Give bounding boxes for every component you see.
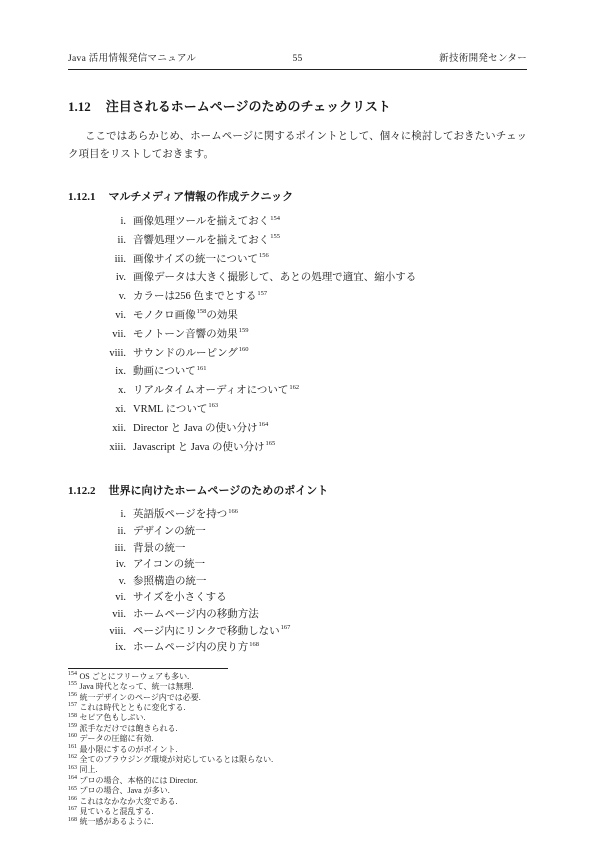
footnote-text: 同上. bbox=[80, 765, 98, 774]
list-item-marker: vi. bbox=[68, 590, 133, 607]
list-item-text-pre: リアルタイムオーディオについて bbox=[133, 385, 288, 396]
multimedia-checklist: i.画像処理ツールを揃えておく154 ii.音響処理ツールを揃えておく155 i… bbox=[68, 213, 527, 457]
subsection-title: マルチメディア情報の作成テクニック bbox=[109, 188, 294, 204]
list-item-marker: iii. bbox=[68, 541, 133, 558]
list-item-text-pre: Javascript と Java の使い分け bbox=[133, 442, 265, 453]
section-heading: 1.12 注目されるホームページのためのチェックリスト bbox=[68, 96, 527, 115]
list-item-text: サウンドのルーピング160 bbox=[133, 345, 249, 364]
list-item-marker: x. bbox=[68, 382, 133, 401]
list-item-text: 音響処理ツールを揃えておく155 bbox=[133, 232, 280, 251]
list-item-text-pre: 画像サイズの統一について bbox=[133, 254, 258, 265]
footnote-text: データの圧縮に有効. bbox=[80, 734, 154, 743]
list-item-text: 英語版ページを持つ166 bbox=[133, 507, 238, 524]
footnote-ref: 162 bbox=[289, 384, 299, 391]
list-item-marker: iv. bbox=[68, 269, 133, 288]
footnote: 156統一デザインのページ内では必要. bbox=[68, 693, 527, 703]
list-item-text: ホームページ内の移動方法 bbox=[133, 607, 260, 624]
footnote: 162全てのブラウジング環境が対応しているとは限らない. bbox=[68, 755, 527, 765]
list-item: vi.モノクロ画像158の効果 bbox=[68, 307, 527, 326]
list-item-text-pre: デザインの統一 bbox=[133, 526, 206, 537]
subsection-heading: 1.12.2 世界に向けたホームページのためのポイント bbox=[68, 482, 527, 498]
list-item-text: 背景の統一 bbox=[133, 541, 187, 558]
list-item-marker: xii. bbox=[68, 420, 133, 439]
list-item-marker: vii. bbox=[68, 607, 133, 624]
footnote: 167見ていると混乱する. bbox=[68, 807, 527, 817]
list-item-text: アイコンの統一 bbox=[133, 557, 206, 574]
list-item: x.リアルタイムオーディオについて162 bbox=[68, 382, 527, 401]
footnote-number: 154 bbox=[68, 671, 77, 677]
list-item-text-pre: ページ内にリンクで移動しない bbox=[133, 626, 280, 637]
footnote: 161最小限にするのがポイント. bbox=[68, 745, 527, 755]
footnote-number: 165 bbox=[68, 786, 77, 792]
list-item-text: 参照構造の統一 bbox=[133, 574, 208, 591]
list-item-marker: vii. bbox=[68, 326, 133, 345]
footnote-number: 163 bbox=[68, 765, 77, 771]
list-item-marker: ix. bbox=[68, 640, 133, 657]
list-item: ix.動画について161 bbox=[68, 363, 527, 382]
footnote-number: 158 bbox=[68, 713, 77, 719]
footnote-ref: 155 bbox=[270, 233, 280, 240]
footnote-text: これは時代とともに変化する. bbox=[80, 703, 186, 712]
footnote: 168統一感があるように. bbox=[68, 817, 527, 827]
list-item-text-pre: 動画について bbox=[133, 366, 196, 377]
list-item-marker: ii. bbox=[68, 524, 133, 541]
footnote: 159派手なだけでは飽きられる. bbox=[68, 724, 527, 734]
footnote-text: プロの場合、本格的には Director. bbox=[80, 776, 198, 785]
list-item-text-pre: モノクロ画像 bbox=[133, 310, 196, 321]
footnote-text: 全てのブラウジング環境が対応しているとは限らない. bbox=[80, 755, 274, 764]
footnote-number: 155 bbox=[68, 681, 77, 687]
list-item-text-pre: 英語版ページを持つ bbox=[133, 509, 227, 520]
footnote-ref: 154 bbox=[270, 215, 280, 222]
list-item: xii.Director と Java の使い分け164 bbox=[68, 420, 527, 439]
list-item-text-pre: 音響処理ツールを揃えておく bbox=[133, 235, 269, 246]
list-item-text-pre: カラーは256 色までとする bbox=[133, 291, 256, 302]
footnote: 154OS ごとにフリーウェアも多い. bbox=[68, 672, 527, 682]
list-item-text-pre: VRML について bbox=[133, 404, 207, 415]
footnote-number: 168 bbox=[68, 817, 77, 823]
footnote: 163同上. bbox=[68, 765, 527, 775]
footnote-ref: 159 bbox=[239, 327, 249, 334]
footnote: 164プロの場合、本格的には Director. bbox=[68, 776, 527, 786]
section-number: 1.12 bbox=[68, 99, 91, 115]
list-item-marker: ii. bbox=[68, 232, 133, 251]
list-item-marker: iv. bbox=[68, 557, 133, 574]
list-item: iv.画像データは大きく撮影して、あとの処理で適宜、縮小する bbox=[68, 269, 527, 288]
footnote-text: 統一デザインのページ内では必要. bbox=[80, 693, 201, 702]
footnote-ref: 168 bbox=[249, 641, 259, 648]
footnote-number: 166 bbox=[68, 796, 77, 802]
document-page: Java 活用情報発信マニュアル 55 新技術開発センター 1.12 注目される… bbox=[0, 0, 595, 841]
list-item-text-pre: アイコンの統一 bbox=[133, 559, 205, 570]
list-item-text: 画像サイズの統一について156 bbox=[133, 251, 269, 270]
list-item-text: Javascript と Java の使い分け165 bbox=[133, 439, 275, 458]
list-item-marker: viii. bbox=[68, 345, 133, 364]
footnote: 165プロの場合、Java が多い. bbox=[68, 786, 527, 796]
header-organization: 新技術開発センター bbox=[374, 50, 527, 64]
footnote-rule bbox=[68, 668, 228, 669]
list-item-marker: ix. bbox=[68, 363, 133, 382]
global-homepage-checklist: i.英語版ページを持つ166 ii.デザインの統一 iii.背景の統一 iv.ア… bbox=[68, 507, 527, 656]
list-item-marker: viii. bbox=[68, 624, 133, 641]
list-item-text: サイズを小さくする bbox=[133, 590, 228, 607]
footnote-text: 見ていると混乱する. bbox=[80, 807, 154, 816]
list-item-text: デザインの統一 bbox=[133, 524, 207, 541]
list-item: v.参照構造の統一 bbox=[68, 574, 527, 591]
list-item-marker: v. bbox=[68, 288, 133, 307]
footnote-ref: 160 bbox=[239, 346, 249, 353]
list-item-text-pre: 背景の統一 bbox=[133, 543, 186, 554]
header-running-title: Java 活用情報発信マニュアル bbox=[68, 50, 221, 64]
list-item: ii.デザインの統一 bbox=[68, 524, 527, 541]
list-item: viii.サウンドのルーピング160 bbox=[68, 345, 527, 364]
list-item-text: モノクロ画像158の効果 bbox=[133, 307, 238, 326]
footnote-number: 156 bbox=[68, 692, 77, 698]
list-item-text: モノトーン音響の効果159 bbox=[133, 326, 248, 345]
footnote-ref: 156 bbox=[259, 252, 269, 259]
intro-paragraph: ここではあらかじめ、ホームページに関するポイントとして、個々に検討しておきたいチ… bbox=[68, 128, 527, 163]
list-item-text: リアルタイムオーディオについて162 bbox=[133, 382, 299, 401]
list-item-text-pre: 画像データは大きく撮影して、あとの処理で適宜、縮小する bbox=[133, 272, 416, 283]
list-item-text-pre: Director と Java の使い分け bbox=[133, 423, 258, 434]
list-item: vii.ホームページ内の移動方法 bbox=[68, 607, 527, 624]
subsection-heading: 1.12.1 マルチメディア情報の作成テクニック bbox=[68, 188, 527, 204]
footnote-ref: 164 bbox=[259, 421, 269, 428]
list-item-text-pre: サウンドのルーピング bbox=[133, 348, 238, 359]
list-item: iii.背景の統一 bbox=[68, 541, 527, 558]
footnotes-block: 154OS ごとにフリーウェアも多い. 155Java 時代となって、統一は無理… bbox=[68, 672, 527, 828]
list-item-marker: iii. bbox=[68, 251, 133, 270]
section-title: 注目されるホームページのためのチェックリスト bbox=[106, 96, 391, 115]
list-item-text-pre: ホームページ内の移動方法 bbox=[133, 609, 259, 620]
list-item-text-pre: モノトーン音響の効果 bbox=[133, 329, 238, 340]
footnote-number: 162 bbox=[68, 754, 77, 760]
list-item-text: 画像処理ツールを揃えておく154 bbox=[133, 213, 280, 232]
footnote-text: 統一感があるように. bbox=[80, 817, 154, 826]
footnote-number: 161 bbox=[68, 744, 77, 750]
list-item: vii.モノトーン音響の効果159 bbox=[68, 326, 527, 345]
footnote-ref: 158 bbox=[197, 308, 207, 315]
subsection-title: 世界に向けたホームページのためのポイント bbox=[109, 482, 329, 498]
footnote-text: プロの場合、Java が多い. bbox=[80, 786, 170, 795]
footnote-text: 派手なだけでは飽きられる. bbox=[80, 724, 178, 733]
list-item-text: VRML について163 bbox=[133, 401, 218, 420]
footnote-text: セピア色もしぶい. bbox=[80, 713, 146, 722]
footnote: 160データの圧縮に有効. bbox=[68, 734, 527, 744]
list-item: xi.VRML について163 bbox=[68, 401, 527, 420]
footnote: 158セピア色もしぶい. bbox=[68, 713, 527, 723]
list-item-text: ホームページ内の戻り方168 bbox=[133, 640, 259, 657]
footnote-text: OS ごとにフリーウェアも多い. bbox=[80, 672, 190, 681]
list-item: vi.サイズを小さくする bbox=[68, 590, 527, 607]
subsection-number: 1.12.2 bbox=[68, 485, 96, 497]
list-item-marker: i. bbox=[68, 213, 133, 232]
list-item-text: Director と Java の使い分け164 bbox=[133, 420, 268, 439]
list-item-marker: xiii. bbox=[68, 439, 133, 458]
footnote-ref: 163 bbox=[208, 402, 218, 409]
list-item-text-post: の効果 bbox=[206, 310, 238, 321]
footnote-ref: 157 bbox=[257, 290, 267, 297]
list-item: i.画像処理ツールを揃えておく154 bbox=[68, 213, 527, 232]
list-item: i.英語版ページを持つ166 bbox=[68, 507, 527, 524]
list-item-text: カラーは256 色までとする157 bbox=[133, 288, 267, 307]
footnote-number: 159 bbox=[68, 723, 77, 729]
list-item-marker: i. bbox=[68, 507, 133, 524]
list-item-text-pre: サイズを小さくする bbox=[133, 592, 227, 603]
footnote-number: 157 bbox=[68, 702, 77, 708]
list-item: viii.ページ内にリンクで移動しない167 bbox=[68, 624, 527, 641]
footnote: 157これは時代とともに変化する. bbox=[68, 703, 527, 713]
list-item: xiii.Javascript と Java の使い分け165 bbox=[68, 439, 527, 458]
list-item-text-pre: ホームページ内の戻り方 bbox=[133, 642, 248, 653]
page-header: Java 活用情報発信マニュアル 55 新技術開発センター bbox=[68, 50, 527, 70]
list-item-text-pre: 参照構造の統一 bbox=[133, 576, 207, 587]
list-item: ii.音響処理ツールを揃えておく155 bbox=[68, 232, 527, 251]
list-item-text: 画像データは大きく撮影して、あとの処理で適宜、縮小する bbox=[133, 269, 417, 288]
header-page-number: 55 bbox=[221, 54, 374, 64]
footnote-text: これはなかなか大変である. bbox=[80, 797, 178, 806]
footnote-number: 164 bbox=[68, 775, 77, 781]
list-item-text-pre: 画像処理ツールを揃えておく bbox=[133, 216, 269, 227]
footnote: 166これはなかなか大変である. bbox=[68, 797, 527, 807]
footnote-text: Java 時代となって、統一は無理. bbox=[80, 682, 194, 691]
subsection-number: 1.12.1 bbox=[68, 191, 96, 203]
footnote: 155Java 時代となって、統一は無理. bbox=[68, 682, 527, 692]
footnote-ref: 165 bbox=[266, 440, 276, 447]
list-item-marker: xi. bbox=[68, 401, 133, 420]
footnote-number: 167 bbox=[68, 806, 77, 812]
footnote-number: 160 bbox=[68, 733, 77, 739]
list-item: ix.ホームページ内の戻り方168 bbox=[68, 640, 527, 657]
list-item: iv.アイコンの統一 bbox=[68, 557, 527, 574]
footnote-ref: 167 bbox=[281, 624, 291, 631]
footnote-ref: 161 bbox=[197, 365, 207, 372]
footnote-text: 最小限にするのがポイント. bbox=[80, 745, 178, 754]
list-item: v.カラーは256 色までとする157 bbox=[68, 288, 527, 307]
footnote-ref: 166 bbox=[228, 508, 238, 515]
list-item-text: ページ内にリンクで移動しない167 bbox=[133, 624, 290, 641]
list-item-marker: v. bbox=[68, 574, 133, 591]
list-item-text: 動画について161 bbox=[133, 363, 207, 382]
list-item-marker: vi. bbox=[68, 307, 133, 326]
list-item: iii.画像サイズの統一について156 bbox=[68, 251, 527, 270]
